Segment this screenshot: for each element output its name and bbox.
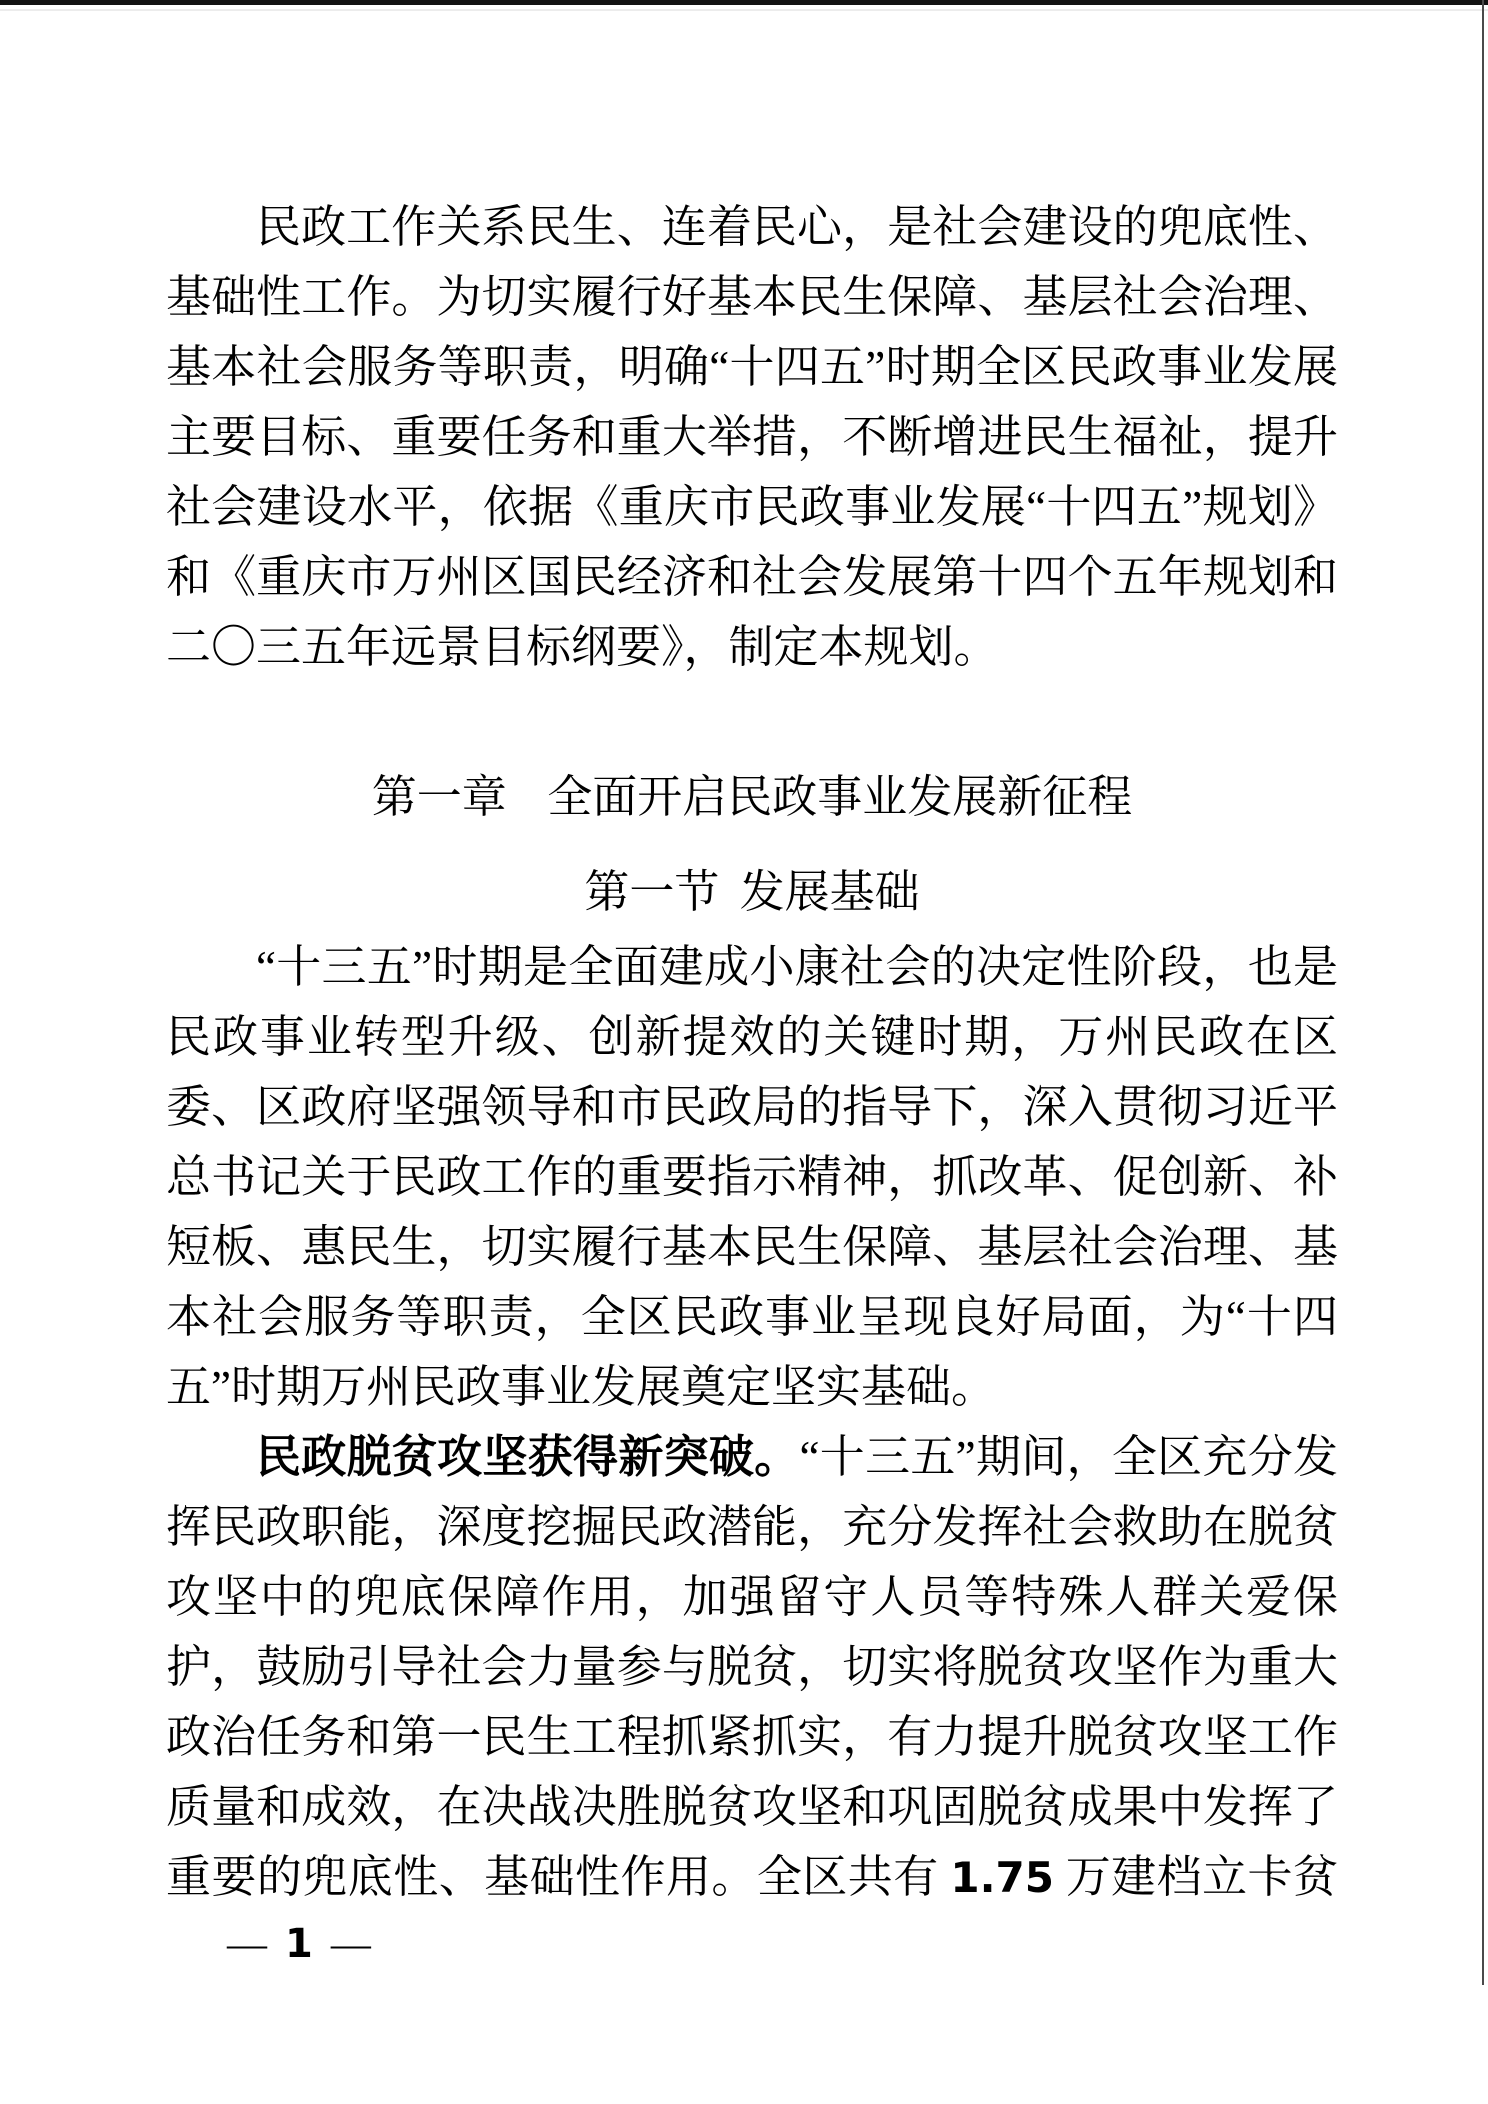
page-number-value: 1 — [285, 1921, 315, 1967]
paragraph-poverty-alleviation-text: “十三五”期间，全区充分发挥民政职能，深度挖掘民政潜能，充分发挥社会救助在脱贫攻… — [166, 1432, 1338, 1902]
page-number-right-dash: — — [331, 1921, 373, 1966]
chapter-number: 第一章 — [372, 772, 507, 822]
chapter-heading: 第一章全面开启民政事业发展新征程 — [166, 762, 1338, 832]
page-top-border-faint — [0, 9, 1488, 11]
paragraph-intro-text: 民政工作关系民生、连着民心，是社会建设的兜底性、基础性工作。为切实履行好基本民生… — [166, 202, 1338, 672]
section-title: 发展基础 — [740, 867, 920, 917]
paragraph-poverty-alleviation-lead: 民政脱贫攻坚获得新突破。 — [256, 1432, 800, 1482]
page-top-border — [0, 0, 1488, 5]
page-number-left-dash: — — [227, 1921, 269, 1966]
page-right-border — [1482, 0, 1484, 1985]
paragraph-poverty-alleviation: 民政脱贫攻坚获得新突破。“十三五”期间，全区充分发挥民政职能，深度挖掘民政潜能，… — [166, 1422, 1338, 1914]
paragraph-intro: 民政工作关系民生、连着民心，是社会建设的兜底性、基础性工作。为切实履行好基本民生… — [166, 192, 1338, 682]
document-body: 民政工作关系民生、连着民心，是社会建设的兜底性、基础性工作。为切实履行好基本民生… — [166, 192, 1338, 1914]
page-number: —1— — [227, 1916, 373, 1972]
document-page: 民政工作关系民生、连着民心，是社会建设的兜底性、基础性工作。为切实履行好基本民生… — [0, 0, 1488, 2104]
paragraph-development-basis: “十三五”时期是全面建成小康社会的决定性阶段，也是民政事业转型升级、创新提效的关… — [166, 932, 1338, 1422]
section-heading: 第一节发展基础 — [166, 857, 1338, 927]
paragraph-development-basis-text: “十三五”时期是全面建成小康社会的决定性阶段，也是民政事业转型升级、创新提效的关… — [166, 942, 1338, 1412]
poverty-count-figure: 1.75 — [950, 1853, 1054, 1902]
chapter-title: 全面开启民政事业发展新征程 — [547, 772, 1132, 822]
section-number: 第一节 — [584, 867, 719, 917]
